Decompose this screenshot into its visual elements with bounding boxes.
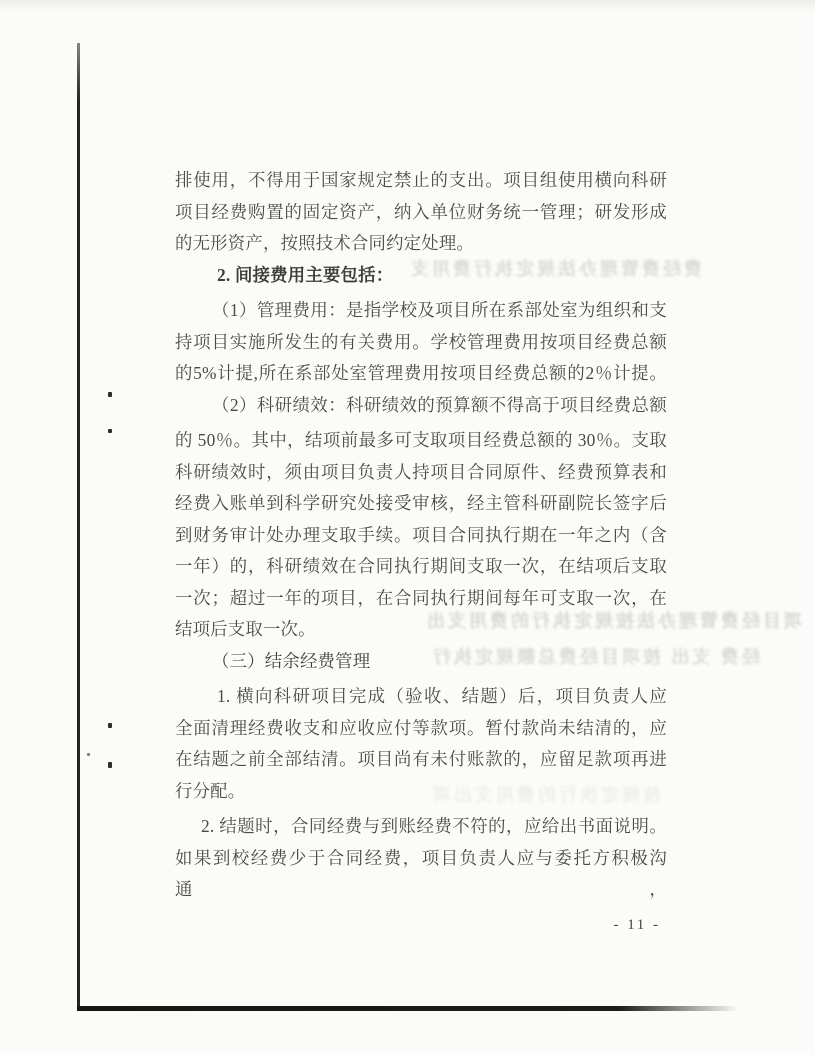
scan-edge-shading [0, 0, 815, 12]
page-edge-left [77, 43, 80, 1011]
scan-speck [108, 762, 112, 768]
section-heading: （三）结余经费管理 [175, 646, 667, 678]
text-line: 一年）的，科研绩效在合同执行期间支取一次，在结项后支取 [175, 551, 667, 583]
page-number: - 11 - [601, 917, 673, 934]
scan-speck [108, 392, 112, 397]
text-line: 的无形资产，按照技术合同约定处理。 [175, 228, 667, 260]
text-line: 的5%计提,所在系部处室管理费用按项目经费总额的2％计提。 [175, 358, 667, 390]
text-line: 项目经费购置的固定资产，纳入单位财务统一管理；研发形成 [175, 197, 667, 229]
text-line: 的 50％。其中，结项前最多可支取项目经费总额的 30％。支取 [175, 425, 667, 457]
text-line: 经费入账单到科学研究处接受审核，经主管科研副院长签字后 [175, 488, 667, 520]
page-edge-bottom [77, 1006, 739, 1011]
scanned-document-page: 费经费管理办法规定执行费用支 项目经费管理办法按规定执行的费用支出 经费 支出 … [0, 0, 815, 1055]
text-line: 到财务审计处办理支取手续。项目合同执行期在一年之内（含 [175, 520, 667, 552]
text-line: 在结题之前全部结清。项目尚有未付账款的，应留足款项再进 [175, 744, 667, 776]
scan-speck [108, 723, 112, 728]
text-line: 如果到校经费少于合同经费，项目负责人应与委托方积极沟通， [175, 843, 667, 906]
text-line: 科研绩效时，须由项目负责人持项目合同原件、经费预算表和 [175, 457, 667, 489]
text-line: 2. 结题时，合同经费与到账经费不符的，应给出书面说明。 [175, 811, 667, 843]
text-line: 一次；超过一年的项目，在合同执行期间每年可支取一次，在 [175, 583, 667, 615]
text-line: （1）管理费用：是指学校及项目所在系部处室为组织和支 [175, 295, 667, 327]
text-line: （2）科研绩效：科研绩效的预算额不得高于项目经费总额 [175, 390, 667, 422]
text-line: 结项后支取一次。 [175, 614, 667, 646]
text-line: 全面清理经费收支和应收应付等款项。暂付款尚未结清的，应 [175, 713, 667, 745]
text-line: 排使用，不得用于国家规定禁止的支出。项目组使用横向科研 [175, 165, 667, 197]
scan-speck [87, 753, 90, 756]
section-heading: 2. 间接费用主要包括： [175, 260, 667, 292]
document-body-text: 排使用，不得用于国家规定禁止的支出。项目组使用横向科研 项目经费购置的固定资产，… [175, 165, 667, 906]
text-line: 1. 横向科研项目完成（验收、结题）后，项目负责人应 [175, 681, 667, 713]
scan-speck [108, 429, 112, 433]
text-line: 持项目实施所发生的有关费用。学校管理费用按项目经费总额 [175, 327, 667, 359]
text-line: 行分配。 [175, 776, 667, 808]
